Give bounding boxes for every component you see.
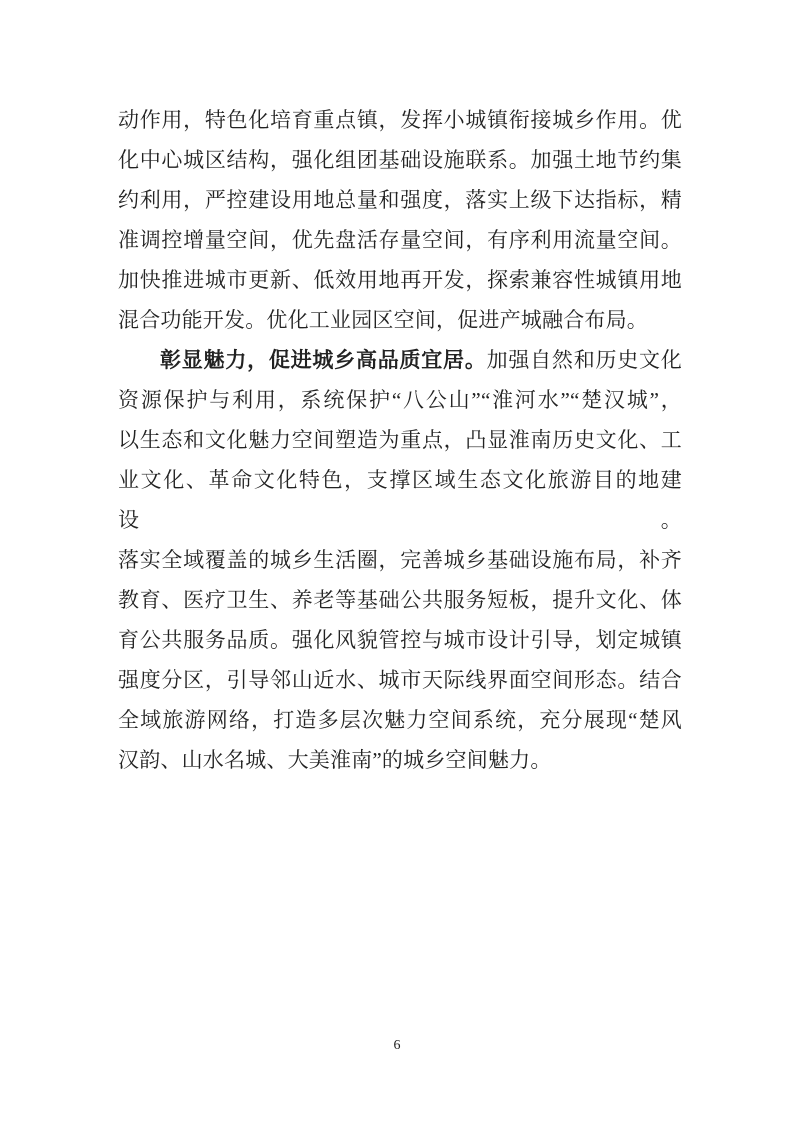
text-segment: 资源保护与利用，系统保护“八公山”“淮河水”“楚汉城”， <box>118 388 682 412</box>
text-segment: 准调控增量空间，优先盘活存量空间，有序利用流量空间。 <box>118 228 682 252</box>
text-segment: 业文化、革命文化特色，支撑区域生态文化旅游目的地建设。 <box>118 468 682 532</box>
text-segment: 全域旅游网络，打造多层次魅力空间系统，充分展现“楚风 <box>118 708 682 732</box>
text-line: 约利用，严控建设用地总量和强度，落实上级下达指标，精 <box>118 180 682 220</box>
text-segment: 汉韵、山水名城、大美淮南”的城乡空间魅力。 <box>118 748 552 772</box>
text-line: 准调控增量空间，优先盘活存量空间，有序利用流量空间。 <box>118 220 682 260</box>
text-line: 落实全域覆盖的城乡生活圈，完善城乡基础设施布局，补齐 <box>118 540 682 580</box>
text-segment: 化中心城区结构，强化组团基础设施联系。加强土地节约集 <box>118 148 682 172</box>
bold-text-segment: 彰显魅力，促进城乡高品质宜居。 <box>160 348 487 372</box>
text-segment: 约利用，严控建设用地总量和强度，落实上级下达指标，精 <box>118 188 682 212</box>
text-line: 强度分区，引导邻山近水、城市天际线界面空间形态。结合 <box>118 660 682 700</box>
paragraph-1: 动作用，特色化培育重点镇，发挥小城镇衔接城乡作用。优化中心城区结构，强化组团基础… <box>118 100 682 340</box>
text-segment: 动作用，特色化培育重点镇，发挥小城镇衔接城乡作用。优 <box>118 108 682 132</box>
text-segment: 加快推进城市更新、低效用地再开发，探索兼容性城镇用地 <box>118 268 682 292</box>
text-line: 业文化、革命文化特色，支撑区域生态文化旅游目的地建设。 <box>118 460 682 540</box>
text-segment: 落实全域覆盖的城乡生活圈，完善城乡基础设施布局，补齐 <box>118 548 682 572</box>
text-segment: 以生态和文化魅力空间塑造为重点，凸显淮南历史文化、工 <box>118 428 682 452</box>
document-page: 动作用，特色化培育重点镇，发挥小城镇衔接城乡作用。优化中心城区结构，强化组团基础… <box>0 0 794 1122</box>
text-segment: 教育、医疗卫生、养老等基础公共服务短板，提升文化、体 <box>118 588 682 612</box>
page-footer: 6 <box>0 1036 794 1055</box>
page-number: 6 <box>394 1038 401 1053</box>
document-body: 动作用，特色化培育重点镇，发挥小城镇衔接城乡作用。优化中心城区结构，强化组团基础… <box>118 100 682 780</box>
text-segment: 育公共服务品质。强化风貌管控与城市设计引导，划定城镇 <box>118 628 682 652</box>
text-segment: 加强自然和历史文化 <box>487 348 682 372</box>
text-segment: 强度分区，引导邻山近水、城市天际线界面空间形态。结合 <box>118 668 682 692</box>
paragraph-2: 彰显魅力，促进城乡高品质宜居。加强自然和历史文化资源保护与利用，系统保护“八公山… <box>118 340 682 780</box>
text-line: 资源保护与利用，系统保护“八公山”“淮河水”“楚汉城”， <box>118 380 682 420</box>
text-line: 混合功能开发。优化工业园区空间，促进产城融合布局。 <box>118 300 682 340</box>
text-line: 育公共服务品质。强化风貌管控与城市设计引导，划定城镇 <box>118 620 682 660</box>
text-line: 加快推进城市更新、低效用地再开发，探索兼容性城镇用地 <box>118 260 682 300</box>
text-line: 以生态和文化魅力空间塑造为重点，凸显淮南历史文化、工 <box>118 420 682 460</box>
text-line: 化中心城区结构，强化组团基础设施联系。加强土地节约集 <box>118 140 682 180</box>
text-line: 汉韵、山水名城、大美淮南”的城乡空间魅力。 <box>118 740 682 780</box>
text-line: 全域旅游网络，打造多层次魅力空间系统，充分展现“楚风 <box>118 700 682 740</box>
text-segment: 混合功能开发。优化工业园区空间，促进产城融合布局。 <box>118 308 648 332</box>
text-line: 教育、医疗卫生、养老等基础公共服务短板，提升文化、体 <box>118 580 682 620</box>
text-line: 动作用，特色化培育重点镇，发挥小城镇衔接城乡作用。优 <box>118 100 682 140</box>
text-line: 彰显魅力，促进城乡高品质宜居。加强自然和历史文化 <box>118 340 682 380</box>
